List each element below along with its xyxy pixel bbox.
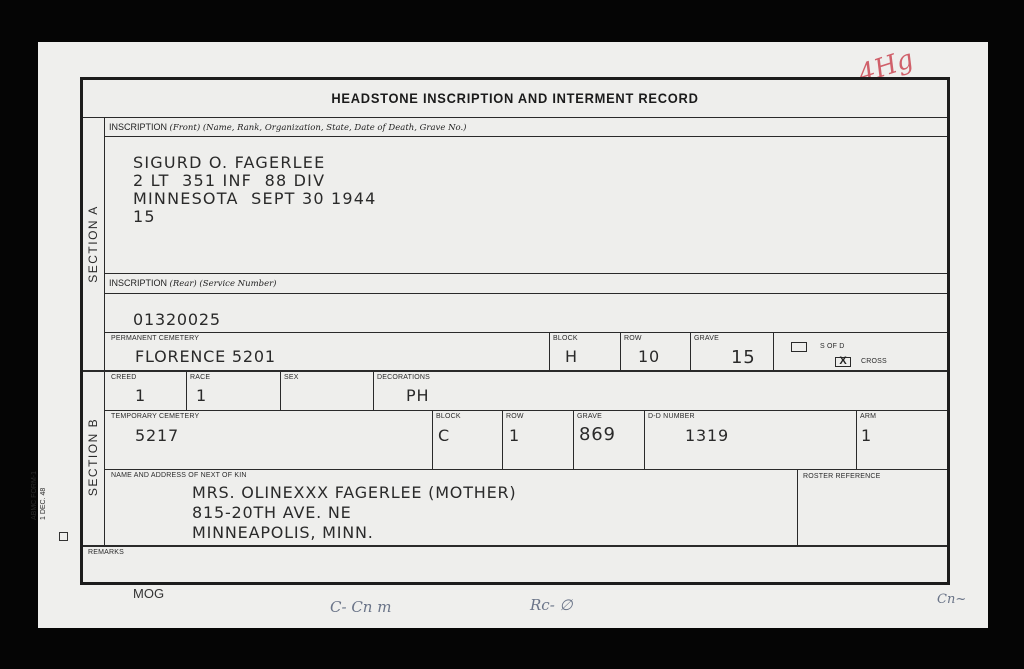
temp-row-label: ROW [506,413,524,420]
inscription-front-label: INSCRIPTION (Front) (Name, Rank, Organiz… [109,122,467,133]
divider [83,117,947,118]
divider [797,469,798,545]
divider [186,370,187,410]
creed-label: CREED [111,374,137,381]
decorations-value: PH [406,386,429,405]
arm-label: ARM [860,413,876,420]
divider [280,370,281,410]
form-checkbox [59,532,68,541]
creed-value: 1 [135,386,146,405]
temp-block-label: BLOCK [436,413,461,420]
section-a-label: SECTION A [86,204,100,284]
perm-block-value: H [565,347,578,366]
divider [105,136,947,137]
dd-number-label: D-D NUMBER [648,413,695,420]
temp-block-value: C [438,426,450,445]
section-b-label: SECTION B [86,417,100,497]
permanent-cemetery-label: PERMANENT CEMETERY [111,335,199,342]
divider [856,410,857,469]
service-number: 01320025 [133,310,221,329]
sex-label: SEX [284,374,299,381]
temp-grave-value: 869 [579,424,616,445]
handwritten-corner-note: Cn~ [937,592,966,607]
decorations-label: DECORATIONS [377,374,430,381]
perm-row-label: ROW [624,335,642,342]
divider [620,332,621,370]
section-divider [83,370,947,372]
divider [105,410,947,411]
typed-initials: MOG [133,586,164,601]
perm-row-value: 10 [638,347,660,366]
race-value: 1 [196,386,207,405]
form-title: HEADSTONE INSCRIPTION AND INTERMENT RECO… [118,90,913,106]
temp-cemetery-label: TEMPORARY CEMETERY [111,413,199,420]
temp-row-value: 1 [509,426,520,445]
headstone-form: HEADSTONE INSCRIPTION AND INTERMENT RECO… [80,77,950,585]
divider [502,410,503,469]
temp-cemetery-value: 5217 [135,426,179,445]
divider [373,370,374,410]
arm-value: 1 [861,426,872,445]
form-number-line2: 1 DEC. 48 [39,471,48,520]
s-of-d-label: S OF D [820,343,845,350]
inscription-front-text: SIGURD O. FAGERLEE2 LT 351 INF 88 DIVMIN… [133,154,377,226]
perm-grave-label: GRAVE [694,335,719,342]
form-number-line1: ABMC FORM-1 [30,471,39,520]
divider [105,273,947,274]
next-of-kin-label: NAME AND ADDRESS OF NEXT OF KIN [111,472,247,479]
dd-number-value: 1319 [685,426,729,445]
divider [432,410,433,469]
divider [105,293,947,294]
perm-block-label: BLOCK [553,335,578,342]
next-of-kin-text: MRS. OLINEXXX FAGERLEE (MOTHER) 815-20TH… [192,483,516,543]
inscription-rear-label: INSCRIPTION (Rear) (Service Number) [109,278,277,289]
cross-label: CROSS [861,358,887,365]
divider [105,332,947,333]
handwritten-note-2: Rc- ∅ [530,596,573,614]
temp-grave-label: GRAVE [577,413,602,420]
perm-grave-value: 15 [731,347,756,368]
race-label: RACE [190,374,210,381]
divider [105,469,947,470]
roster-reference-label: ROSTER REFERENCE [803,473,881,480]
remarks-divider [83,545,947,547]
s-of-d-checkbox[interactable] [791,342,807,352]
cross-checkbox[interactable]: X [835,357,851,367]
handwritten-note-1: C- Cn m [330,598,391,616]
permanent-cemetery-value: FLORENCE 5201 [135,347,276,366]
form-number: ABMC FORM-1 1 DEC. 48 [30,471,48,520]
divider [644,410,645,469]
section-column-divider [104,117,105,545]
remarks-label: REMARKS [88,549,124,556]
divider [690,332,691,370]
divider [573,410,574,469]
divider [773,332,774,370]
divider [549,332,550,370]
